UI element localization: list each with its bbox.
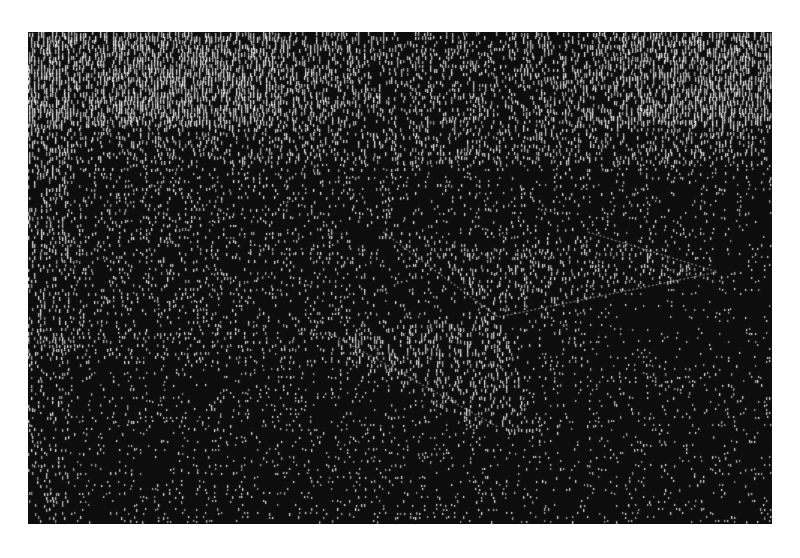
speckle-texture-canvas [28,32,772,524]
abstract-print-artwork [28,32,772,524]
white-mat-border [0,0,800,558]
